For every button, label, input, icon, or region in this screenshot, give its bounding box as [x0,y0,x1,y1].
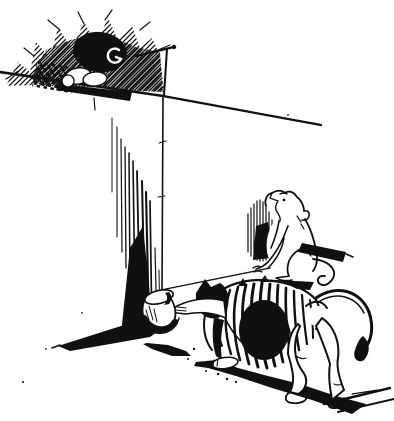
railing-knob [172,45,176,49]
child-finger [62,75,74,87]
ink-drawing-canvas [0,0,394,421]
cartoon-illustration [0,0,394,421]
